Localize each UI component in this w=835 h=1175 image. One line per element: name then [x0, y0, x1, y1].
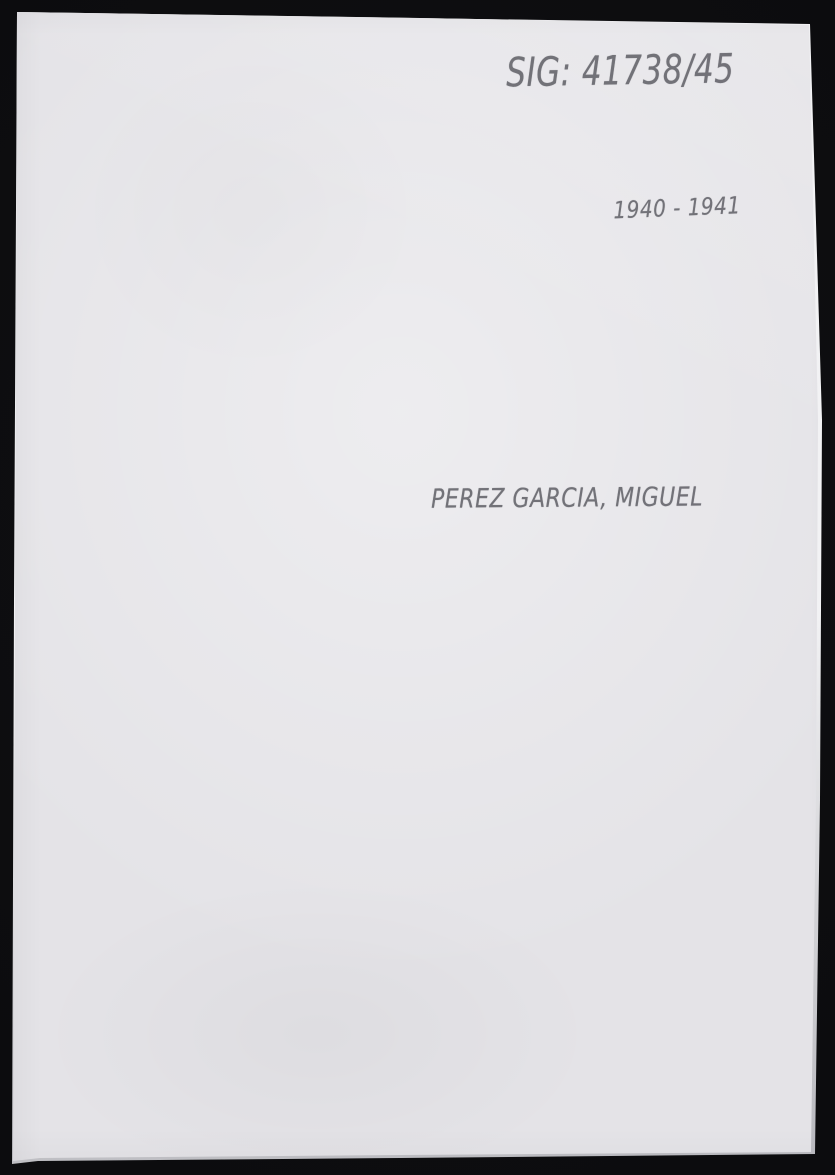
years-annotation: 1940 - 1941	[613, 191, 741, 225]
scanned-document-photo: SIG: 41738/45 1940 - 1941 PEREZ GARCIA, …	[0, 0, 835, 1175]
paper-sheet: SIG: 41738/45 1940 - 1941 PEREZ GARCIA, …	[0, 0, 835, 1175]
signature-annotation: SIG: 41738/45	[506, 46, 735, 97]
name-annotation: PEREZ GARCIA, MIGUEL	[431, 483, 703, 515]
